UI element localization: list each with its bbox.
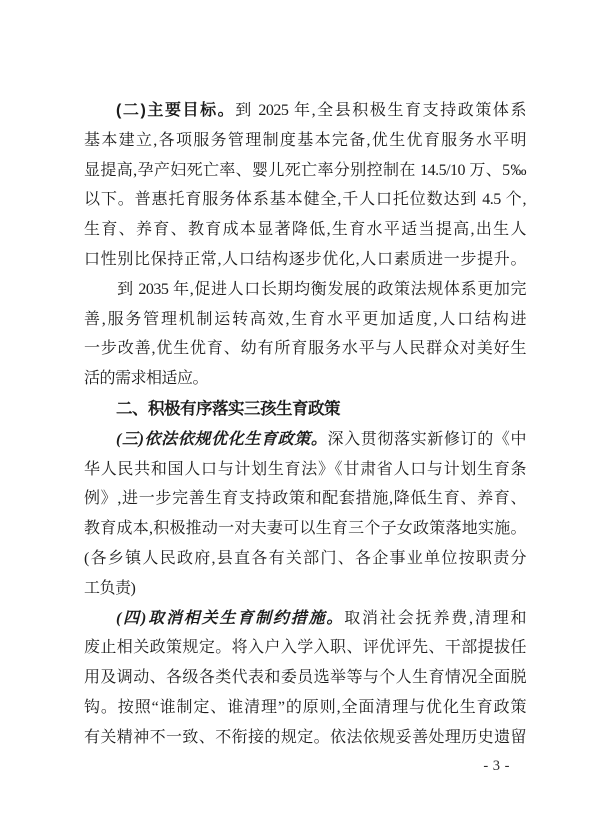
text-line: 一步改善,优生优育、幼有所育服务水平与人民群众对美好生 [84,334,526,364]
emphasis-run: 二、积极有序落实三孩生育政策 [116,400,340,418]
text-run: 例》,进一步完善生育支持政策和配套措施,降低生育、养育、 [84,490,526,507]
text-run: 钩。按照“谁制定、谁清理”的原则,全面清理与优化生育政策 [84,699,526,716]
text-run: 以下。普惠托育服务体系基本健全,千人口托位数达到 4.5 个, [84,191,526,208]
emphasis-run: (四)取消相关生育制约措施。 [116,610,344,627]
text-run: 废止相关政策规定。将入户入学入职、评优评先、干部提拔任 [84,639,526,656]
text-line: 到 2035 年,促进人口长期均衡发展的政策法规体系更加完 [84,275,526,305]
text-run: 用及调动、各级各类代表和委员选举等与个人生育情况全面脱 [84,669,526,686]
document-page: (二)主要目标。到 2025 年,全县积极生育支持政策体系基本建立,各项服务管理… [0,0,596,839]
text-run: 教育成本,积极推动一对夫妻可以生育三个子女政策落地实施。 [84,520,526,537]
text-line: 活的需求相适应。 [84,364,526,394]
text-line: 废止相关政策规定。将入户入学入职、评优评先、干部提拔任 [84,633,526,663]
section-heading: 二、积极有序落实三孩生育政策 [84,394,526,425]
text-run: 深入贯彻落实新修订的《中 [328,431,526,448]
text-line: 华人民共和国人口与计划生育法》《甘肃省人口与计划生育条 [84,455,526,485]
text-line: 有关精神不一致、不衔接的规定。依法依规妥善处理历史遗留 [84,723,526,753]
text-run: 活的需求相适应。 [84,370,208,387]
document-body: (二)主要目标。到 2025 年,全县积极生育支持政策体系基本建立,各项服务管理… [84,96,526,753]
text-run: 口性别比保持正常,人口结构逐步优化,人口素质进一步提升。 [84,251,526,268]
emphasis-run: (二)主要目标。 [116,102,235,119]
text-run: 有关精神不一致、不衔接的规定。依法依规妥善处理历史遗留 [84,729,526,746]
text-run: 显提高,孕产妇死亡率、婴儿死亡率分别控制在 14.5/10 万、5‰ [84,162,526,179]
text-line: (各乡镇人民政府,县直各有关部门、各企事业单位按职责分 [84,544,526,574]
text-line: 用及调动、各级各类代表和委员选举等与个人生育情况全面脱 [84,663,526,693]
text-line: 钩。按照“谁制定、谁清理”的原则,全面清理与优化生育政策 [84,693,526,723]
text-run: 工负责) [84,580,135,597]
text-run: 基本建立,各项服务管理制度基本完备,优生优育服务水平明 [84,132,526,149]
text-line: 生育、养育、教育成本显著降低,生育水平适当提高,出生人 [84,215,526,245]
text-line: 善,服务管理机制运转高效,生育水平更加适度,人口结构进 [84,305,526,335]
text-line: 显提高,孕产妇死亡率、婴儿死亡率分别控制在 14.5/10 万、5‰ [84,156,526,186]
text-line: (四)取消相关生育制约措施。取消社会抚养费,清理和 [84,604,526,634]
text-line: 例》,进一步完善生育支持政策和配套措施,降低生育、养育、 [84,484,526,514]
text-run: 善,服务管理机制运转高效,生育水平更加适度,人口结构进 [84,311,526,328]
text-run: 到 2025 年,全县积极生育支持政策体系 [235,102,526,119]
text-run: 华人民共和国人口与计划生育法》《甘肃省人口与计划生育条 [84,461,526,478]
text-line: 以下。普惠托育服务体系基本健全,千人口托位数达到 4.5 个, [84,185,526,215]
text-line: 基本建立,各项服务管理制度基本完备,优生优育服务水平明 [84,126,526,156]
text-run: 一步改善,优生优育、幼有所育服务水平与人民群众对美好生 [84,340,526,357]
text-line: (二)主要目标。到 2025 年,全县积极生育支持政策体系 [84,96,526,126]
emphasis-run: (三)依法依规优化生育政策。 [116,431,328,448]
text-line: 教育成本,积极推动一对夫妻可以生育三个子女政策落地实施。 [84,514,526,544]
text-line: (三)依法依规优化生育政策。深入贯彻落实新修订的《中 [84,425,526,455]
text-line: 工负责) [84,574,526,604]
text-line: 口性别比保持正常,人口结构逐步优化,人口素质进一步提升。 [84,245,526,275]
text-run: 生育、养育、教育成本显著降低,生育水平适当提高,出生人 [84,221,526,238]
text-run: 取消社会抚养费,清理和 [344,610,526,627]
text-run: 到 2035 年,促进人口长期均衡发展的政策法规体系更加完 [116,281,526,298]
text-run: (各乡镇人民政府,县直各有关部门、各企事业单位按职责分 [84,550,526,567]
page-number: - 3 - [483,758,510,775]
